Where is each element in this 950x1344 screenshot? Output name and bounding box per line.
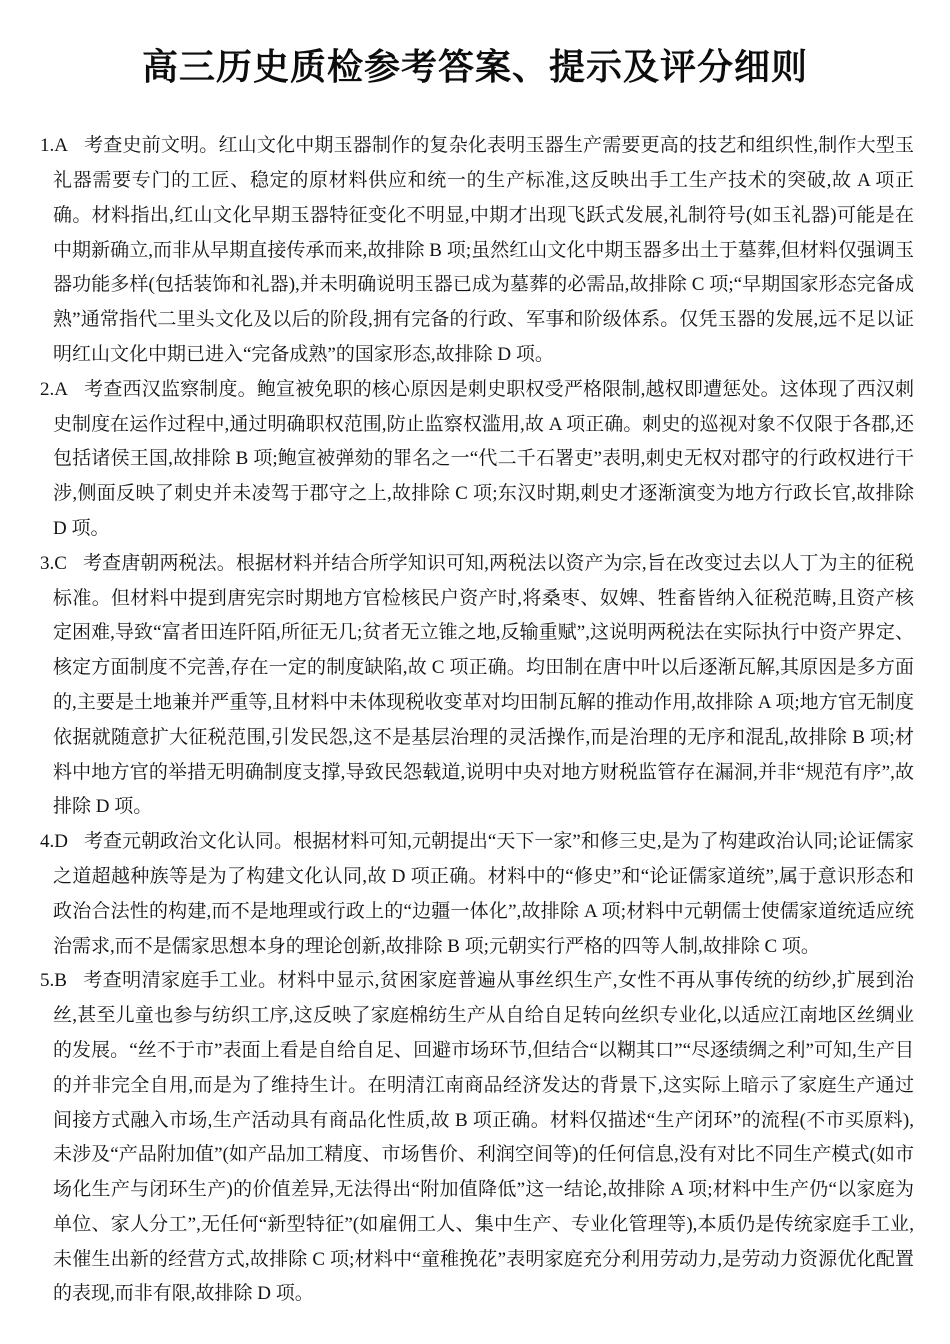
answer-text: 考查明清家庭手工业。材料中显示,贫困家庭普遍从事丝织生产,女性不再从事传统的纺纱… xyxy=(53,970,914,1304)
answer-item-1: 1.A考查史前文明。红山文化中期玉器制作的复杂化表明玉器生产需要更高的技艺和组织… xyxy=(40,129,914,373)
answer-text: 考查唐朝两税法。根据材料并结合所学知识可知,两税法以资产为宗,旨在改变过去以人丁… xyxy=(53,553,914,818)
answer-item-2: 2.A考查西汉监察制度。鲍宣被免职的核心原因是刺史职权受严格限制,越权即遭惩处。… xyxy=(40,373,914,547)
page-title: 高三历史质检参考答案、提示及评分细则 xyxy=(0,0,950,89)
answer-text: 考查元朝政治文化认同。根据材料可知,元朝提出“天下一家”和修三史,是为了构建政治… xyxy=(53,831,914,956)
answer-number: 1.A xyxy=(40,129,68,164)
answer-item-4: 4.D考查元朝政治文化认同。根据材料可知,元朝提出“天下一家”和修三史,是为了构… xyxy=(40,825,914,964)
answer-number: 2.A xyxy=(40,373,68,408)
answer-item-5: 5.B考查明清家庭手工业。材料中显示,贫困家庭普遍从事丝织生产,女性不再从事传统… xyxy=(40,964,914,1312)
answer-text: 考查西汉监察制度。鲍宣被免职的核心原因是刺史职权受严格限制,越权即遭惩处。这体现… xyxy=(53,379,914,539)
answer-item-3: 3.C考查唐朝两税法。根据材料并结合所学知识可知,两税法以资产为宗,旨在改变过去… xyxy=(40,547,914,825)
answers-section: 1.A考查史前文明。红山文化中期玉器制作的复杂化表明玉器生产需要更高的技艺和组织… xyxy=(0,129,950,1312)
answer-number: 5.B xyxy=(40,964,67,999)
document-page: 高三历史质检参考答案、提示及评分细则 1.A考查史前文明。红山文化中期玉器制作的… xyxy=(0,0,950,1344)
answer-number: 4.D xyxy=(40,825,68,860)
answer-number: 3.C xyxy=(40,547,67,582)
answer-text: 考查史前文明。红山文化中期玉器制作的复杂化表明玉器生产需要更高的技艺和组织性,制… xyxy=(53,135,914,365)
